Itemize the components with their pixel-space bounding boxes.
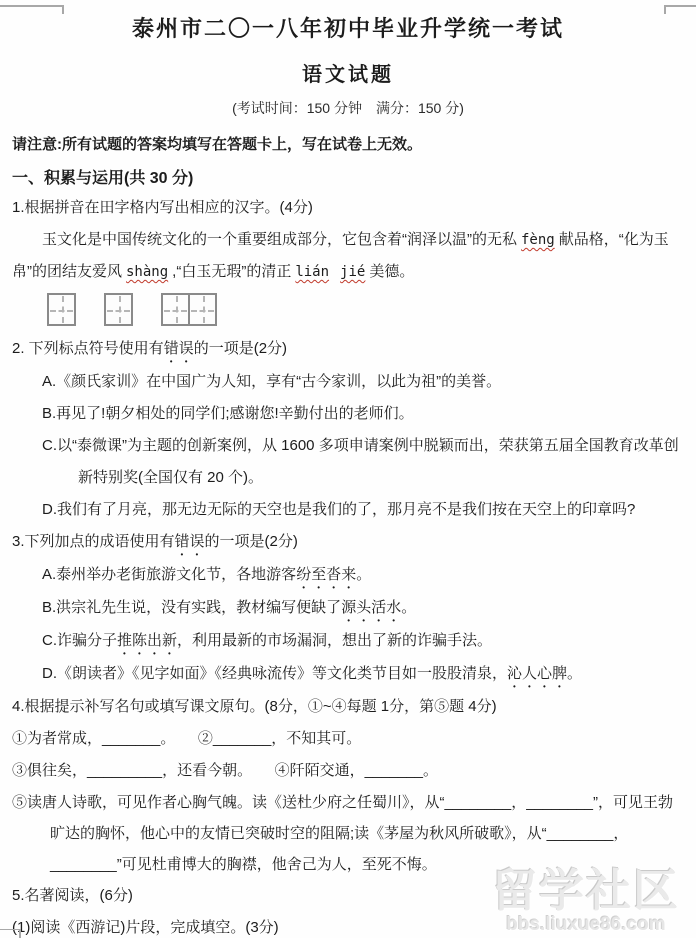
- q3-option-d-pre: D.《朗读者》《见字如面》《经典咏流传》等文化类节目如一股股清泉，: [42, 665, 507, 682]
- watermark-title: 留学社区: [492, 868, 680, 913]
- page-subtitle: 语文试题: [12, 60, 684, 90]
- tianzige-row: [47, 293, 684, 330]
- q2-stem-emphasis: 错误: [164, 340, 194, 357]
- scan-corner-mark-bottom-left: [0, 929, 21, 938]
- exam-info-line: (考试时间：150 分钟 满分：150 分): [12, 96, 684, 120]
- q3-option-d: D.《朗读者》《见字如面》《经典咏流传》等文化类节目如一股股清泉，沁人心脾。: [42, 658, 684, 691]
- q4-blank-line-1: ①为者常成，_______。 ②_______，不知其可。: [12, 723, 684, 755]
- q3-stem-emphasis: 错误: [175, 533, 205, 550]
- q3-stem-post: 的一项是(2分): [205, 533, 298, 550]
- scan-corner-mark-top-right: [664, 5, 696, 14]
- q2-option-a: A.《颜氏家训》在中国广为人知，享有“古今家训，以此为祖”的美誉。: [42, 366, 684, 398]
- q4-blank-line-2: ③俱往矣，_________，还看今朝。 ④阡陌交通，_______。: [12, 755, 684, 787]
- question-4: 4.根据提示补写名句或填写课文原句。(8分，①~④每题 1分，第⑤题 4分) ①…: [12, 691, 684, 880]
- tianzige-box: [161, 293, 190, 326]
- tianzige-box: [47, 293, 76, 326]
- q3-option-b: B.洪宗礼先生说，没有实践，教材编写便缺了源头活水。: [42, 592, 684, 625]
- tianzige-box: [188, 293, 217, 326]
- question-1: 1.根据拼音在田字格内写出相应的汉字。(4分) 玉文化是中国传统文化的一个重要组…: [12, 192, 684, 330]
- scan-corner-mark-top-left: [0, 5, 64, 14]
- q1-pinyin-lian: lián: [295, 264, 329, 280]
- question-2: 2. 下列标点符号使用有错误的一项是(2分) A.《颜氏家训》在中国广为人知，享…: [12, 333, 684, 526]
- q1-text-1: 玉文化是中国传统文化的一个重要组成部分，它包含着“润泽以温”的无私: [42, 231, 517, 248]
- q1-pinyin-jie: jié: [340, 264, 365, 280]
- q3-option-c-pre: C.诈骗分子: [42, 632, 117, 649]
- q3-stem-pre: 3.下列加点的成语使用有: [12, 533, 175, 550]
- q3-stem: 3.下列加点的成语使用有错误的一项是(2分): [12, 526, 684, 559]
- q1-text-4: 美德。: [369, 263, 414, 280]
- page-title: 泰州市二〇一八年初中毕业升学统一考试: [12, 12, 684, 46]
- q3-option-a-post: 。: [356, 566, 371, 583]
- q2-stem-post: 的一项是(2分): [194, 340, 287, 357]
- q3-option-a-idiom: 纷至沓来: [296, 566, 356, 583]
- q1-passage: 玉文化是中国传统文化的一个重要组成部分，它包含着“润泽以温”的无私fèng献品格…: [12, 224, 684, 288]
- q3-option-a: A.泰州举办老街旅游文化节，各地游客纷至沓来。: [42, 559, 684, 592]
- q3-option-c-post: ，利用最新的市场漏洞，想出了新的诈骗手法。: [177, 632, 492, 649]
- tianzige-single-2: [104, 293, 133, 326]
- q1-stem: 1.根据拼音在田字格内写出相应的汉字。(4分): [12, 192, 684, 224]
- q2-stem: 2. 下列标点符号使用有错误的一项是(2分): [12, 333, 684, 366]
- q3-option-b-post: 。: [401, 599, 416, 616]
- q3-option-c-idiom: 推陈出新: [117, 632, 177, 649]
- q3-option-b-idiom: 源头活水: [341, 599, 401, 616]
- watermark-url: bbs.liuxue86.com: [492, 915, 680, 934]
- q2-option-b: B.再见了!朝夕相处的同学们;感谢您!辛勤付出的老师们。: [42, 398, 684, 430]
- notice-line: 请注意:所有试题的答案均填写在答题卡上，写在试卷上无效。: [12, 132, 684, 158]
- section-heading: 一、积累与运用(共 30 分): [12, 166, 684, 192]
- q2-option-d: D.我们有了月亮，那无边无际的天空也是我们的了，那月亮不是我们按在天空上的印章吗…: [42, 494, 684, 526]
- q2-stem-pre: 2. 下列标点符号使用有: [12, 340, 164, 357]
- question-3: 3.下列加点的成语使用有错误的一项是(2分) A.泰州举办老街旅游文化节，各地游…: [12, 526, 684, 691]
- tianzige-double: [161, 293, 217, 326]
- exam-paper-page: 泰州市二〇一八年初中毕业升学统一考试 语文试题 (考试时间：150 分钟 满分：…: [0, 0, 696, 938]
- tianzige-box: [104, 293, 133, 326]
- q1-pinyin-feng: fèng: [521, 232, 555, 248]
- q2-option-c: C.以“泰微课”为主题的创新案例，从 1600 多项申请案例中脱颖而出，荣获第五…: [42, 430, 684, 494]
- q1-text-3: ,“白玉无瑕”的清正: [172, 263, 291, 280]
- q3-option-a-pre: A.泰州举办老街旅游文化节，各地游客: [42, 566, 296, 583]
- tianzige-single-1: [47, 293, 76, 326]
- q1-pinyin-shang: shàng: [126, 264, 168, 280]
- q3-option-b-pre: B.洪宗礼先生说，没有实践，教材编写便缺了: [42, 599, 341, 616]
- q3-option-d-post: 。: [567, 665, 582, 682]
- q3-option-c: C.诈骗分子推陈出新，利用最新的市场漏洞，想出了新的诈骗手法。: [42, 625, 684, 658]
- q3-option-d-idiom: 沁人心脾: [507, 665, 567, 682]
- q4-stem: 4.根据提示补写名句或填写课文原句。(8分，①~④每题 1分，第⑤题 4分): [12, 691, 684, 723]
- watermark: 留学社区 bbs.liuxue86.com: [492, 868, 680, 934]
